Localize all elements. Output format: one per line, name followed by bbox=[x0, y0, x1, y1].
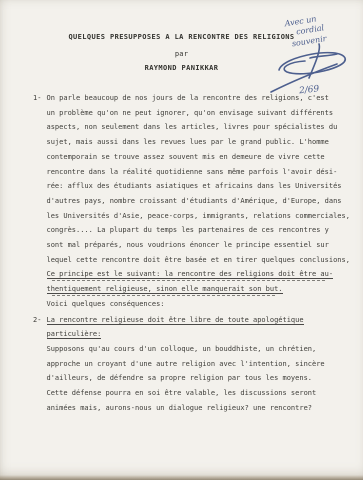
document-page: Avec un cordial souvenir 2/69 QUELQUES P… bbox=[0, 0, 363, 480]
text-line: On parle beaucoup de nos jours de la ren… bbox=[47, 91, 358, 106]
text-line: congrès.... La plupart du temps les part… bbox=[47, 223, 358, 238]
text-line: un problème qu'on ne peut ignorer, qu'on… bbox=[47, 106, 358, 121]
numbered-section: 2-La rencontre religieuse doit être libr… bbox=[33, 313, 357, 416]
text-line: d'autres pays, nombre croissant d'étudia… bbox=[47, 194, 358, 209]
author-name: RAYMOND PANIKKAR bbox=[0, 64, 363, 72]
text-line: thentiquement religieuse, sinon elle man… bbox=[47, 282, 358, 297]
text-line: aspects, non seulement dans les articles… bbox=[47, 120, 358, 135]
section-lines: On parle beaucoup de nos jours de la ren… bbox=[47, 91, 358, 312]
text-line: les Universités d'Asie, peace-corps, imm… bbox=[47, 209, 358, 224]
text-line: sont mal préparés, nous voudrions énonce… bbox=[47, 238, 358, 253]
text-line: rencontre dans la réalité quotidienne sa… bbox=[47, 165, 358, 180]
text-line: La rencontre religieuse doit être libre … bbox=[47, 313, 358, 328]
page-title: QUELQUES PRESUPPOSES A LA RENCONTRE DES … bbox=[0, 33, 363, 41]
byline: par bbox=[0, 50, 363, 58]
text-line: sujet, mais aussi dans les revues lues p… bbox=[47, 135, 358, 150]
text-line: Supposons qu'au cours d'un colloque, un … bbox=[47, 342, 358, 357]
text-line: contemporain se trouve assez souvent mis… bbox=[47, 150, 358, 165]
text-line: particulière: bbox=[47, 327, 358, 342]
document-header: QUELQUES PRESUPPOSES A LA RENCONTRE DES … bbox=[0, 33, 363, 72]
text-line: Cette défense pourra en soi être valable… bbox=[47, 386, 358, 401]
text-line: lequel cette rencontre doit être basée e… bbox=[47, 253, 358, 268]
section-lines: La rencontre religieuse doit être libre … bbox=[47, 313, 358, 416]
section-number: 2- bbox=[33, 313, 47, 416]
text-line: d'ailleurs, de défendre sa propre religi… bbox=[47, 371, 358, 386]
text-line: rée: afflux des étudiants asiatiques et … bbox=[47, 179, 358, 194]
document-body: 1-On parle beaucoup de nos jours de la r… bbox=[33, 91, 357, 416]
text-line: approche un croyant d'une autre religion… bbox=[47, 357, 358, 372]
numbered-section: 1-On parle beaucoup de nos jours de la r… bbox=[33, 91, 357, 312]
text-line: Voici quelques conséquences: bbox=[47, 297, 358, 312]
page-bottom-edge bbox=[0, 475, 363, 480]
text-line: Ce principe est le suivant: la rencontre… bbox=[47, 267, 358, 282]
text-line: animées mais, aurons-nous un dialogue re… bbox=[47, 401, 358, 416]
section-number: 1- bbox=[33, 91, 47, 312]
